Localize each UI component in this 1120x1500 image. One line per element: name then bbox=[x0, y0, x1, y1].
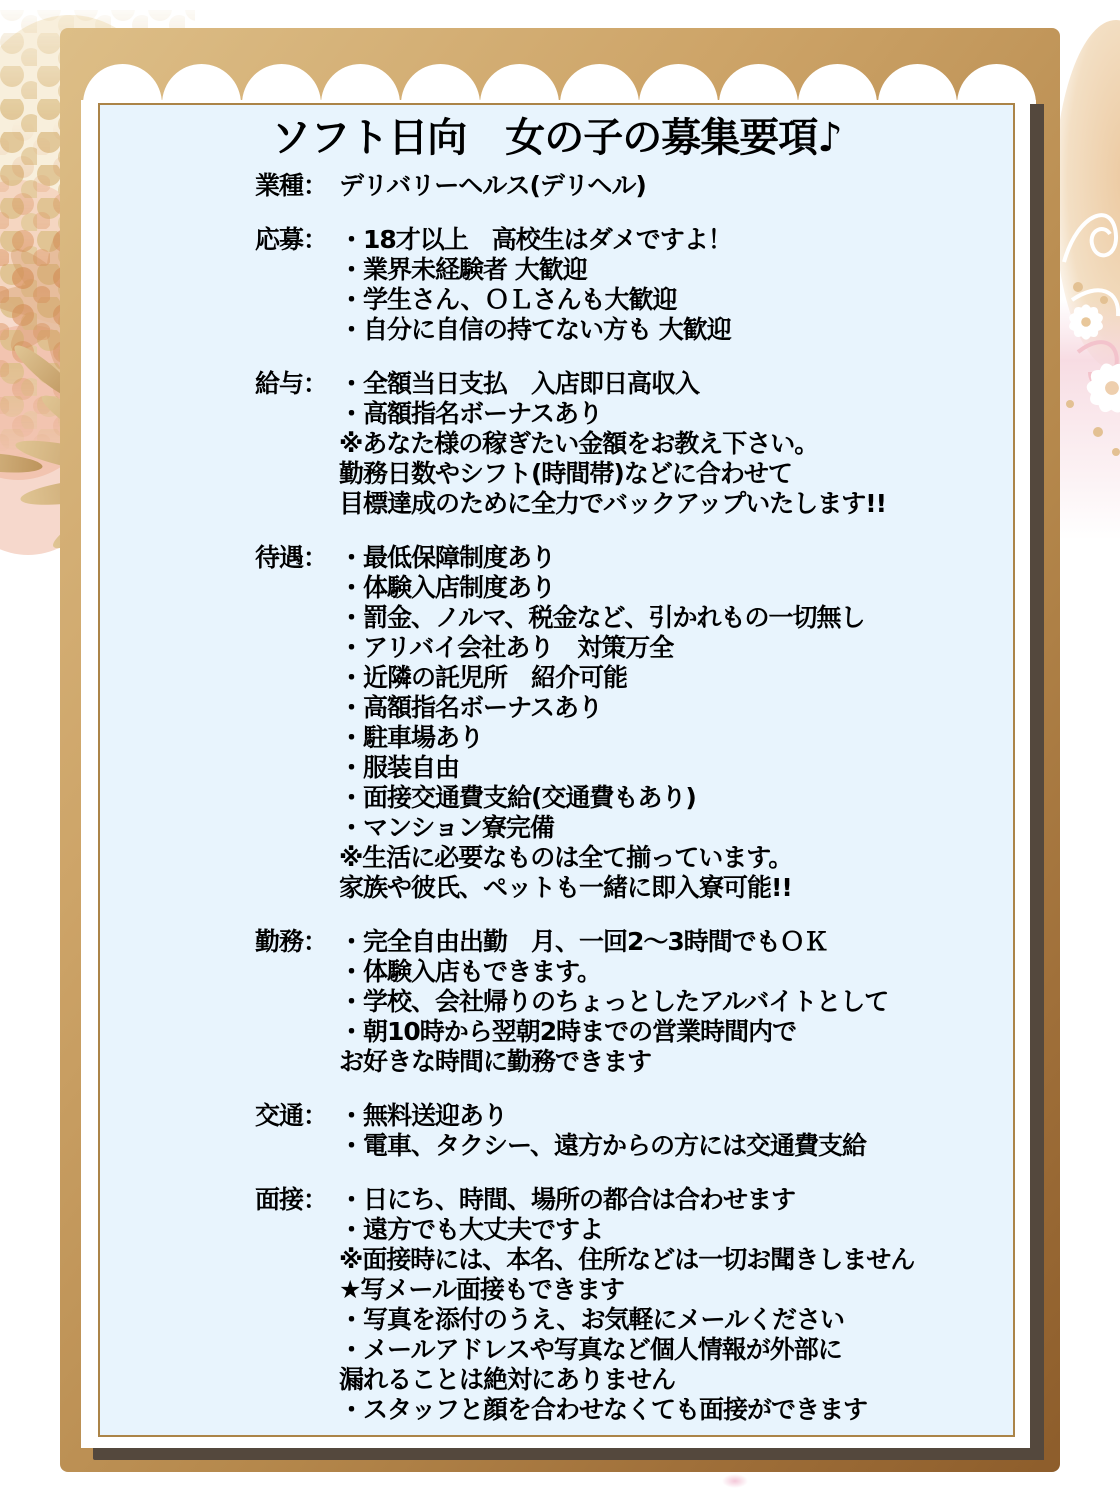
text-line: デリバリーヘルス(デリヘル) bbox=[339, 171, 1013, 201]
text-line: ・完全自由出勤 月、一回2～3時間でもＯＫ bbox=[339, 927, 1013, 957]
text-line: ・業界未経験者 大歓迎 bbox=[339, 255, 1013, 285]
panel-shadow-bottom bbox=[93, 1448, 1044, 1460]
text-line: ・罰金、ノルマ、税金など、引かれもの一切無し bbox=[339, 603, 1013, 633]
text-line: ・マンション寮完備 bbox=[339, 813, 1013, 843]
section-industry: 業種： デリバリーヘルス(デリヘル) bbox=[100, 171, 1013, 201]
text-line: ・朝10時から翌朝2時までの営業時間内で bbox=[339, 1017, 1013, 1047]
text-line: ・高額指名ボーナスあり bbox=[339, 693, 1013, 723]
section-label: 交通： bbox=[255, 1101, 339, 1161]
text-line: ・メールアドレスや写真など個人情報が外部に bbox=[339, 1335, 1013, 1365]
text-line: ・スタッフと顔を合わせなくても面接ができます bbox=[339, 1395, 1013, 1425]
text-line: ※面接時には、本名、住所などは一切お聞きしません bbox=[339, 1245, 1013, 1275]
text-line: ・服装自由 bbox=[339, 753, 1013, 783]
section-salary: 給与： ・全額当日支払 入店即日高収入・高額指名ボーナスあり※あなた様の稼ぎたい… bbox=[100, 369, 1013, 519]
pink-dot-decoration bbox=[722, 1474, 748, 1488]
text-line: 勤務日数やシフト(時間帯)などに合わせて bbox=[339, 459, 1013, 489]
text-line: ・全額当日支払 入店即日高収入 bbox=[339, 369, 1013, 399]
text-line: ・体験入店制度あり bbox=[339, 573, 1013, 603]
page-title: ソフト日向 女の子の募集要項♪ bbox=[100, 105, 1013, 163]
section-lines: ・無料送迎あり・電車、タクシー、遠方からの方には交通費支給 bbox=[339, 1101, 1013, 1161]
section-label: 給与： bbox=[255, 369, 339, 519]
section-benefits: 待遇： ・最低保障制度あり・体験入店制度あり・罰金、ノルマ、税金など、引かれもの… bbox=[100, 543, 1013, 903]
text-line: ・体験入店もできます。 bbox=[339, 957, 1013, 987]
section-lines: ・完全自由出勤 月、一回2～3時間でもＯＫ・体験入店もできます。・学校、会社帰り… bbox=[339, 927, 1013, 1077]
text-line: ★写メール面接もできます bbox=[339, 1275, 1013, 1305]
text-line: 家族や彼氏、ペットも一緒に即入寮可能!! bbox=[339, 873, 1013, 903]
section-lines: ・日にち、時間、場所の都合は合わせます・遠方でも大丈夫ですよ※面接時には、本名、… bbox=[339, 1185, 1013, 1425]
section-label: 勤務： bbox=[255, 927, 339, 1077]
text-line: ・日にち、時間、場所の都合は合わせます bbox=[339, 1185, 1013, 1215]
section-label: 待遇： bbox=[255, 543, 339, 903]
text-line: ・最低保障制度あり bbox=[339, 543, 1013, 573]
text-line: ・学生さん、ＯＬさんも大歓迎 bbox=[339, 285, 1013, 315]
section-label: 業種： bbox=[255, 171, 339, 201]
text-line: ・18才以上 高校生はダメですよ！ bbox=[339, 225, 1013, 255]
text-line: ・学校、会社帰りのちょっとしたアルバイトとして bbox=[339, 987, 1013, 1017]
section-lines: ・最低保障制度あり・体験入店制度あり・罰金、ノルマ、税金など、引かれもの一切無し… bbox=[339, 543, 1013, 903]
text-line: ・自分に自信の持てない方も 大歓迎 bbox=[339, 315, 1013, 345]
panel-shadow-right bbox=[1030, 104, 1044, 1460]
text-line: お好きな時間に勤務できます bbox=[339, 1047, 1013, 1077]
text-line: ・電車、タクシー、遠方からの方には交通費支給 bbox=[339, 1131, 1013, 1161]
text-line: ※あなた様の稼ぎたい金額をお教え下さい。 bbox=[339, 429, 1013, 459]
section-lines: ・18才以上 高校生はダメですよ！・業界未経験者 大歓迎・学生さん、ＯＬさんも大… bbox=[339, 225, 1013, 345]
section-lines: ・全額当日支払 入店即日高収入・高額指名ボーナスあり※あなた様の稼ぎたい金額をお… bbox=[339, 369, 1013, 519]
text-line: ・面接交通費支給(交通費もあり) bbox=[339, 783, 1013, 813]
text-line: 漏れることは絶対にありません bbox=[339, 1365, 1013, 1395]
sections: 業種： デリバリーヘルス(デリヘル) 応募： ・18才以上 高校生はダメですよ！… bbox=[100, 171, 1013, 1425]
section-lines: デリバリーヘルス(デリヘル) bbox=[339, 171, 1013, 201]
text-line: 目標達成のために全力でバックアップいたします!! bbox=[339, 489, 1013, 519]
text-line: ・無料送迎あり bbox=[339, 1101, 1013, 1131]
text-line: ※生活に必要なものは全て揃っています。 bbox=[339, 843, 1013, 873]
section-label: 面接： bbox=[255, 1185, 339, 1425]
recruitment-poster: { "page": { "title": "ソフト日向 女の子の募集要項♪" }… bbox=[0, 0, 1120, 1500]
right-floral-decoration bbox=[1058, 0, 1120, 540]
section-transport: 交通： ・無料送迎あり・電車、タクシー、遠方からの方には交通費支給 bbox=[100, 1101, 1013, 1161]
section-interview: 面接： ・日にち、時間、場所の都合は合わせます・遠方でも大丈夫ですよ※面接時には… bbox=[100, 1185, 1013, 1425]
text-line: ・写真を添付のうえ、お気軽にメールください bbox=[339, 1305, 1013, 1335]
text-line: ・駐車場あり bbox=[339, 723, 1013, 753]
content-box: ソフト日向 女の子の募集要項♪ 業種： デリバリーヘルス(デリヘル) 応募： ・… bbox=[98, 103, 1015, 1437]
text-line: ・高額指名ボーナスあり bbox=[339, 399, 1013, 429]
section-work: 勤務： ・完全自由出勤 月、一回2～3時間でもＯＫ・体験入店もできます。・学校、… bbox=[100, 927, 1013, 1077]
text-line: ・遠方でも大丈夫ですよ bbox=[339, 1215, 1013, 1245]
section-label: 応募： bbox=[255, 225, 339, 345]
section-application: 応募： ・18才以上 高校生はダメですよ！・業界未経験者 大歓迎・学生さん、ＯＬ… bbox=[100, 225, 1013, 345]
text-line: ・近隣の託児所 紹介可能 bbox=[339, 663, 1013, 693]
text-line: ・アリバイ会社あり 対策万全 bbox=[339, 633, 1013, 663]
